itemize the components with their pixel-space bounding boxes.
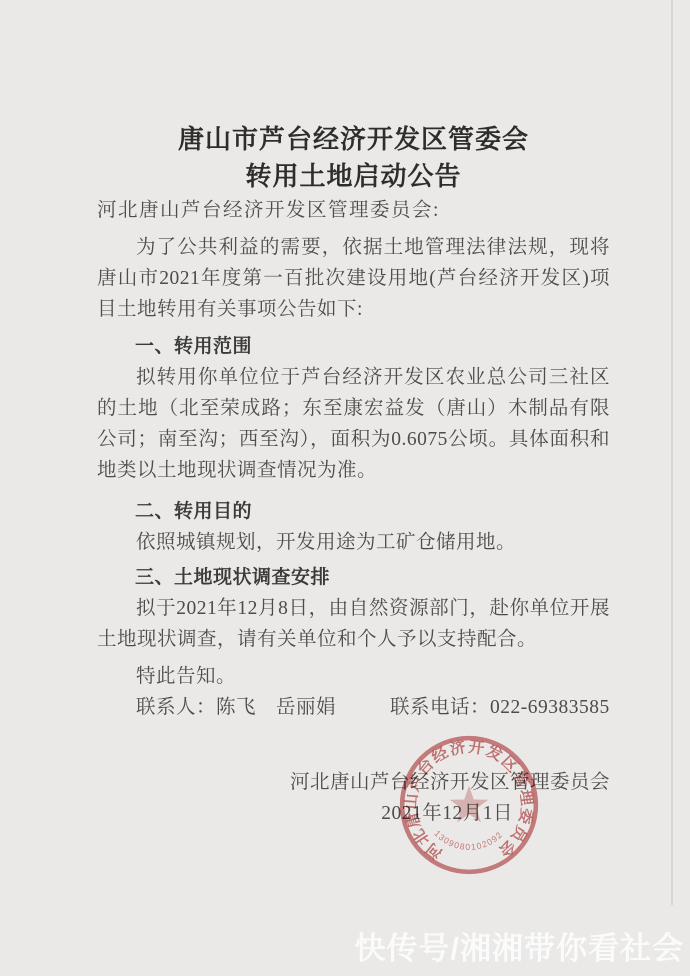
contact-line: 联系人：陈飞 岳丽娟联系电话：022-69383585 xyxy=(97,692,610,723)
notice-title: 唐山市芦台经济开发区管委会 转用土地启动公告 xyxy=(97,121,610,195)
scanned-notice-page: 唐山市芦台经济开发区管委会 转用土地启动公告 河北唐山芦台经济开发区管理委员会:… xyxy=(0,0,690,976)
section-2-body: 依照城镇规划，开发用途为工矿仓储用地。 xyxy=(97,527,610,558)
section-1-heading: 一、转用范围 xyxy=(97,331,610,362)
section-3-heading: 三、土地现状调查安排 xyxy=(97,562,610,593)
salutation: 河北唐山芦台经济开发区管理委员会: xyxy=(97,195,610,226)
notice-title-line2: 转用土地启动公告 xyxy=(97,158,610,195)
notice-document: 唐山市芦台经济开发区管委会 转用土地启动公告 河北唐山芦台经济开发区管理委员会:… xyxy=(97,0,610,829)
closing-line: 特此告知。 xyxy=(97,661,610,692)
watermark-text: 快传号/湘湘带你看社会 xyxy=(354,923,684,968)
intro-paragraph: 为了公共利益的需要，依据土地管理法律法规，现将唐山市2021年度第一百批次建设用… xyxy=(97,232,610,325)
official-seal: 河北唐山芦台经济开发区管理委员会 1309080102092 xyxy=(392,728,546,882)
contact-names: 陈飞 岳丽娟 xyxy=(216,697,336,718)
section-3-body: 拟于2021年12月8日，由自然资源部门，赴你单位开展土地现状调查，请有关单位和… xyxy=(97,593,610,655)
phone-number: 022-69383585 xyxy=(490,697,610,718)
section-2-heading: 二、转用目的 xyxy=(97,496,610,527)
contact-label: 联系人： xyxy=(136,697,216,718)
section-1-body: 拟转用你单位位于芦台经济开发区农业总公司三社区的土地（北至荣成路；东至康宏益发（… xyxy=(97,362,610,486)
page-edge-shadow xyxy=(671,0,673,905)
seal-star-icon xyxy=(450,786,489,823)
notice-title-line1: 唐山市芦台经济开发区管委会 xyxy=(97,121,610,158)
phone-label: 联系电话： xyxy=(390,697,490,718)
